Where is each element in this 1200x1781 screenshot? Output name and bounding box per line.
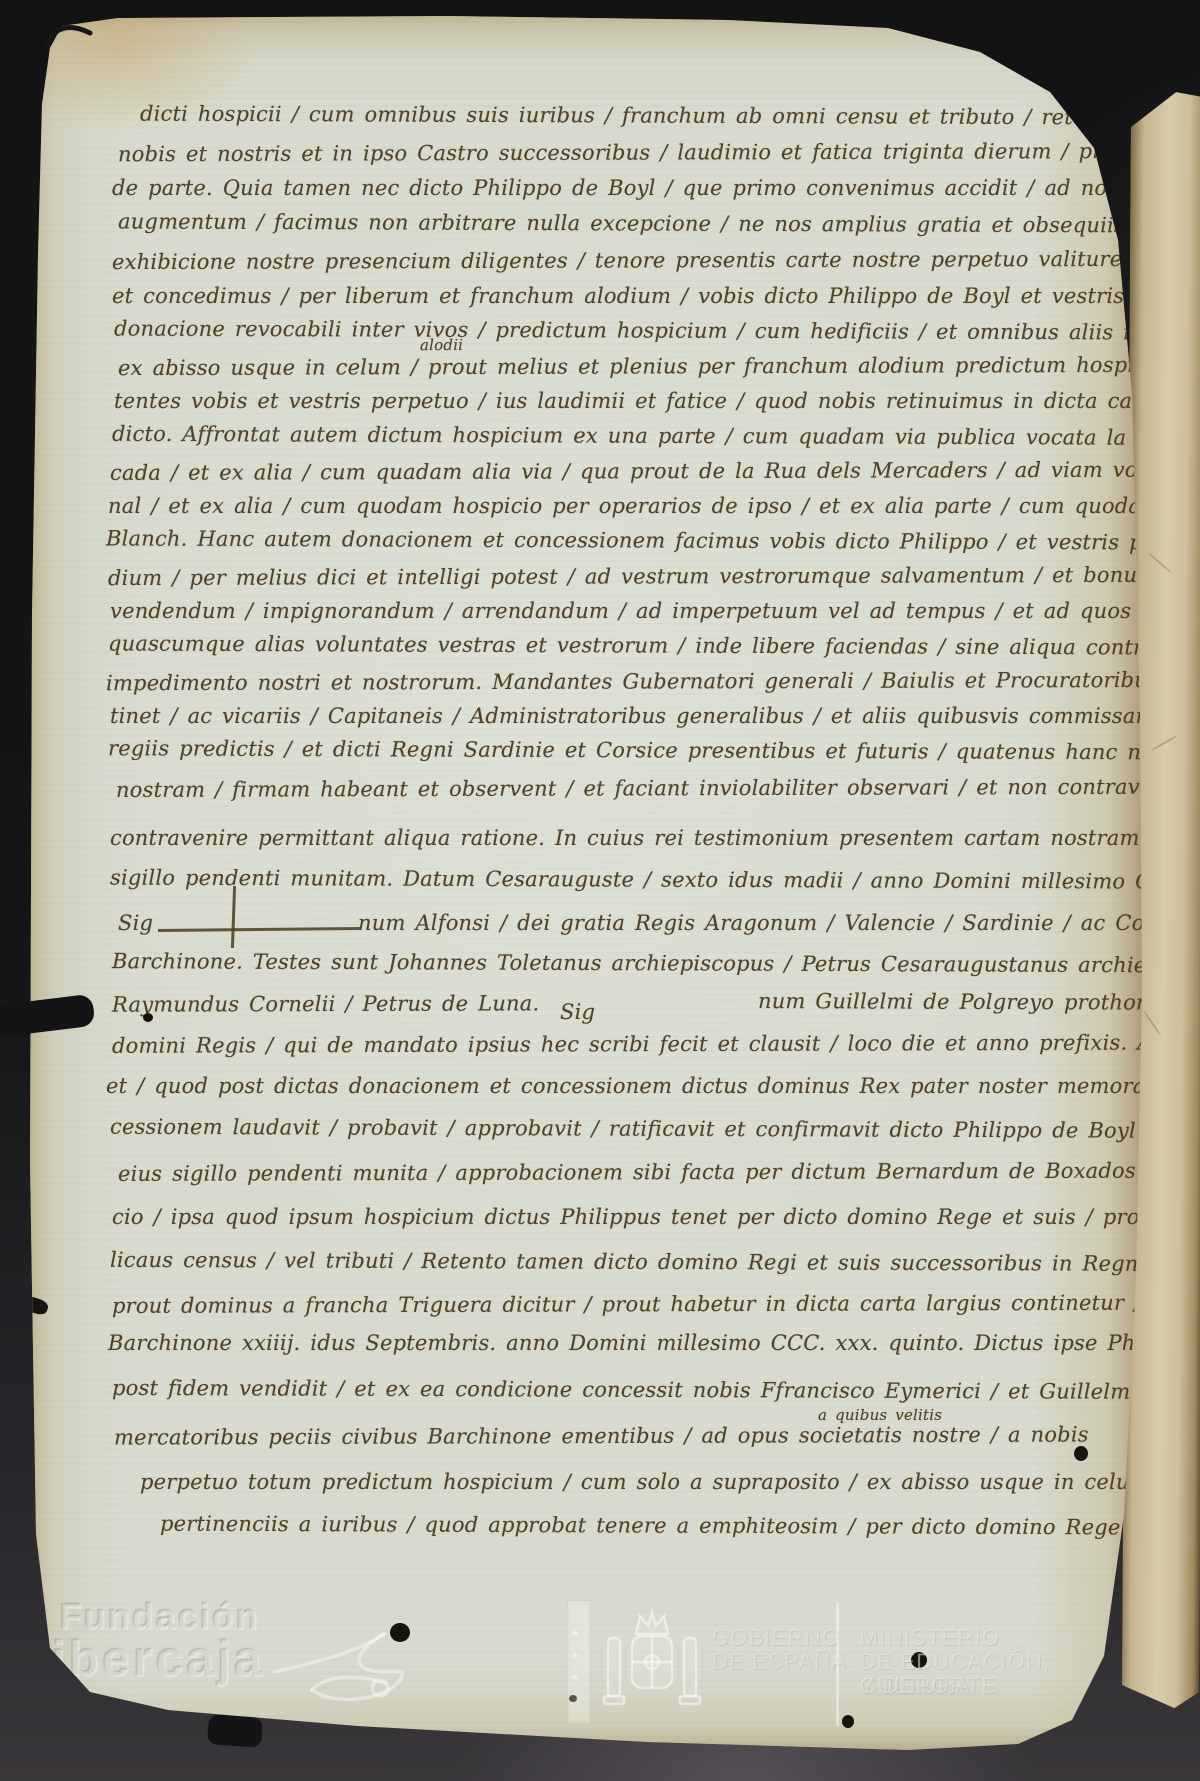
manuscript-line: dicti hospicii / cum omnibus suis iuribu… <box>140 102 1142 131</box>
manuscript-line: dicto. Affrontat autem dictum hospicium … <box>112 422 1142 450</box>
ministerio-watermark-line1: MINISTERIO <box>860 1626 1000 1650</box>
manuscript-line: regiis predictis / et dicti Regni Sardin… <box>108 736 1142 766</box>
ministerio-watermark-line3: Y DEPORTE <box>860 1674 997 1698</box>
manuscript-line: augmentum / facimus non arbitrare nulla … <box>118 209 1142 238</box>
star-icon: ★ <box>571 1672 579 1683</box>
gobierno-watermark-line2: DE ESPAÑA <box>712 1650 847 1674</box>
manuscript-line: tentes vobis et vestris perpetuo / ius l… <box>114 389 1142 413</box>
folio-ink-mark <box>1143 1010 1162 1036</box>
gobierno-watermark-line1: GOBIERNO <box>712 1626 840 1650</box>
manuscript-line: licaus census / vel tributi / Retento ta… <box>110 1248 1142 1276</box>
manuscript-line: num Alfonsi / dei gratia Regis Aragonum … <box>358 911 1142 935</box>
manuscript-line: nal / et ex alia / cum quodam hospicio p… <box>108 494 1142 518</box>
manuscript-line: tinet / ac vicariis / Capitaneis / Admin… <box>110 704 1142 728</box>
manuscript-line: donacione revocabili inter vivos / predi… <box>114 316 1142 345</box>
manuscript-page: dicti hospicii / cum omnibus suis iuribu… <box>28 14 1142 1756</box>
manuscript-line: mercatoribus peciis civibus Barchinone e… <box>114 1422 1089 1449</box>
manuscript-line: cada / et ex alia / cum quadam alia via … <box>110 457 1142 485</box>
spain-coat-of-arms-icon <box>602 1604 702 1716</box>
manuscript-line: ex abisso usque in celum / prout melius … <box>118 352 1142 380</box>
manuscript-line: post fidem vendidit / et ex ea condicion… <box>112 1376 1142 1404</box>
manuscript-line: prout dominus a francha Triguera dicitur… <box>112 1290 1142 1318</box>
parchment-surface: dicti hospicii / cum omnibus suis iuribu… <box>28 14 1142 1756</box>
manuscript-line: et concedimus / per liberum et franchum … <box>112 284 1142 308</box>
manuscript-line: Barchinone xxiiij. idus Septembris. anno… <box>108 1331 1142 1355</box>
watermark-divider <box>836 1602 839 1726</box>
manuscript-line: domini Regis / qui de mandato ipsius hec… <box>112 1030 1142 1058</box>
manuscript-line: Blanch. Hanc autem donacionem et concess… <box>106 526 1142 555</box>
manuscript-line: dium / per melius dici et intelligi pote… <box>108 562 1142 590</box>
manuscript-line: impedimento nostri et nostrorum. Mandant… <box>106 667 1142 695</box>
manuscript-line: cessionem laudavit / probavit / approbav… <box>110 1115 1142 1144</box>
government-flagpole-bar <box>567 1600 591 1724</box>
manuscript-line: Raymundus Cornelii / Petrus de Luna. <box>112 991 539 1016</box>
manuscript-text-block: dicti hospicii / cum omnibus suis iuribu… <box>28 14 1142 1756</box>
manuscript-superscript: a quibus velitis <box>818 1406 942 1424</box>
signum-cross-icon <box>158 927 360 932</box>
signum-cross-icon <box>231 886 236 948</box>
manuscript-line: Sig <box>118 911 153 935</box>
folio-ink-mark <box>1148 552 1172 573</box>
top-left-corner-tear <box>44 20 100 54</box>
manuscript-line: eius sigillo pendenti munita / approbaci… <box>118 1158 1142 1186</box>
manuscript-line: cio / ipsa quod ipsum hospicium dictus P… <box>112 1205 1142 1229</box>
ink-hole <box>842 1715 854 1728</box>
manuscript-superscript: alodii <box>420 336 463 354</box>
manuscript-line: vendendum / impignorandum / arrendandum … <box>110 599 1142 623</box>
manuscript-line: et / quod post dictas donacionem et conc… <box>106 1074 1142 1098</box>
manuscript-line: perpetuo totum predictum hospicium / cum… <box>140 1470 1142 1494</box>
ibercaja-watermark-line2: ibercaja <box>52 1630 265 1688</box>
manuscript-line: exhibicione nostre presencium diligentes… <box>112 246 1142 274</box>
manuscript-line: pertinenciis a iuribus / quod approbat t… <box>160 1512 1142 1541</box>
ibercaja-flourish-icon <box>268 1620 418 1716</box>
manuscript-line: sigillo pendenti munitam. Datum Cesaraug… <box>110 866 1142 895</box>
manuscript-line: quascumque alias voluntates vestras et v… <box>108 631 1142 660</box>
ink-hole <box>1074 1446 1088 1461</box>
manuscript-line: contravenire permittant aliqua ratione. … <box>110 826 1142 850</box>
manuscript-photo: dicti hospicii / cum omnibus suis iuribu… <box>0 0 1200 1781</box>
star-icon: ★ <box>571 1650 579 1661</box>
manuscript-line: de parte. Quia tamen nec dicto Philippo … <box>112 176 1142 200</box>
bottom-edge-notch <box>207 1714 263 1748</box>
manuscript-line: nobis et nostris et in ipso Castro succe… <box>118 138 1142 166</box>
manuscript-line: Sig <box>560 1000 595 1024</box>
manuscript-line: num Guillelmi de Polgreyo prothonotarii … <box>758 989 1142 1015</box>
manuscript-line: nostram / firmam habeant et observent / … <box>116 774 1142 802</box>
ink-hole <box>143 1013 153 1022</box>
folio-ink-mark <box>1151 735 1178 752</box>
manuscript-line: Barchinone. Testes sunt Johannes Toletan… <box>112 949 1142 979</box>
star-icon: ★ <box>571 1628 579 1639</box>
